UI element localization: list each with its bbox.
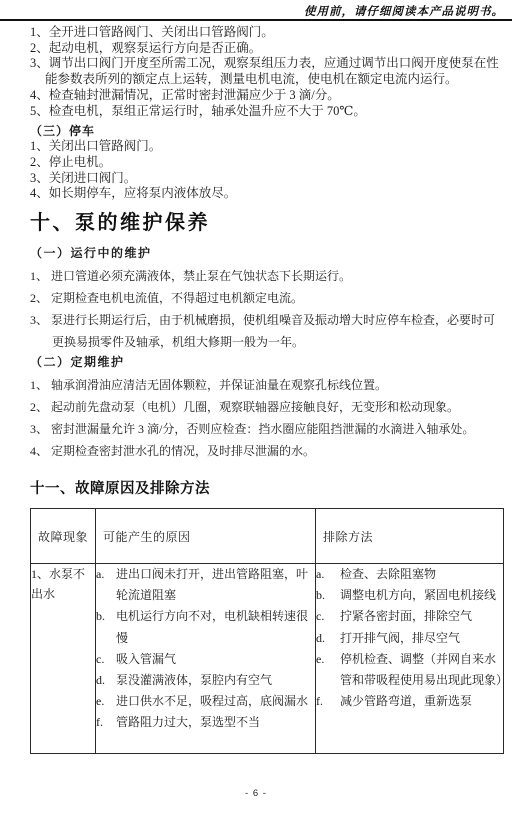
- remedy-item: c. 拧紧各密封面，排除空气: [316, 606, 503, 627]
- list-item: 3、调节出口阀门开度至所需工况，观察泵组压力表，应通过调节出口阀开度使泵在性能参…: [30, 56, 502, 87]
- running-maintenance-title: （一）运行中的维护: [30, 246, 502, 261]
- item-label: e.: [96, 691, 116, 712]
- list-item: 2、 定期检查电机电流值，不得超过电机额定电流。: [30, 287, 502, 309]
- phenomenon-cell: 1、水泵不出水: [31, 564, 96, 754]
- startup-steps-list: 1、全开进口管路阀门、关闭出口管路阀门。 2、起动电机，观察泵运行方向是否正确。…: [30, 25, 502, 119]
- cause-cell: a. 进出口阀未打开，进出管路阻塞，叶轮流道阻塞 b. 电机运行方向不对，电机缺…: [96, 564, 316, 754]
- remedy-item: a. 检查、去除阻塞物: [316, 564, 503, 585]
- list-item: 3、 泵进行长期运行后，由于机械磨损，使机组噪音及振动增大时应停车检查，必要时可…: [30, 309, 502, 353]
- table-header-row: 故障现象 可能产生的原因 排除方法: [31, 509, 504, 564]
- remedy-cell: a. 检查、去除阻塞物 b. 调整电机方向，紧固电机接线 c. 拧紧各密封面，排…: [316, 564, 504, 754]
- cause-item: d. 泵没灌满液体，泵腔内有空气: [96, 670, 315, 691]
- item-label: f.: [316, 691, 340, 712]
- item-label: a.: [316, 564, 340, 585]
- section-11-title: 十一、故障原因及排除方法: [30, 480, 502, 499]
- item-text: 泵没灌满液体，泵腔内有空气: [116, 670, 315, 691]
- item-text: 进口供水不足，吸程过高，底阀漏水: [116, 691, 315, 712]
- item-label: b.: [316, 585, 340, 606]
- item-text: 调整电机方向，紧固电机接线: [340, 585, 503, 606]
- item-label: c.: [316, 606, 340, 627]
- list-item: 1、关闭出口管路阀门。: [30, 139, 502, 155]
- list-item: 3、关闭进口阀门。: [30, 171, 502, 187]
- item-text: 进出口阀未打开，进出管路阻塞，叶轮流道阻塞: [116, 564, 315, 606]
- cause-item: f. 管路阻力过大，泵选型不当: [96, 712, 315, 733]
- remedy-item: e. 停机检查、调整（并网自来水管和带吸程使用易出现此现象）: [316, 649, 503, 691]
- item-label: d.: [316, 628, 340, 649]
- manual-page: 使用前，请仔细阅读本产品说明书。 1、全开进口管路阀门、关闭出口管路阀门。 2、…: [0, 0, 512, 823]
- table-row: 1、水泵不出水 a. 进出口阀未打开，进出管路阻塞，叶轮流道阻塞 b. 电机运行…: [31, 564, 504, 754]
- stop-section-title: （三）停车: [30, 123, 502, 139]
- item-text: 打开排气阀，排尽空气: [340, 628, 503, 649]
- running-maintenance-list: 1、 进口管道必须充满液体，禁止泵在气蚀状态下长期运行。 2、 定期检查电机电流…: [30, 265, 502, 353]
- column-header-remedy: 排除方法: [316, 509, 504, 564]
- page-content: 1、全开进口管路阀门、关闭出口管路阀门。 2、起动电机，观察泵运行方向是否正确。…: [30, 25, 502, 754]
- item-text: 拧紧各密封面，排除空气: [340, 606, 503, 627]
- cause-item: a. 进出口阀未打开，进出管路阻塞，叶轮流道阻塞: [96, 564, 315, 606]
- item-label: a.: [96, 564, 116, 606]
- list-item: 5、检查电机，泵组正常运行时，轴承处温升应不大于 70℃。: [30, 104, 502, 120]
- fault-table: 故障现象 可能产生的原因 排除方法 1、水泵不出水 a. 进出口阀未打开，进出管…: [30, 508, 504, 754]
- item-text: 检查、去除阻塞物: [340, 564, 503, 585]
- list-item: 3、 密封泄漏量允许 3 滴/分，否则应检查：挡水圈应能阻挡泄漏的水滴进入轴承处…: [30, 418, 502, 440]
- page-number: - 6 -: [0, 788, 512, 799]
- list-item: 2、 起动前先盘动泵（电机）几圈，观察联轴器应接触良好，无变形和松动现象。: [30, 396, 502, 418]
- list-item: 1、全开进口管路阀门、关闭出口管路阀门。: [30, 25, 502, 41]
- item-text: 电机运行方向不对，电机缺相转速很慢: [116, 606, 315, 648]
- item-label: e.: [316, 649, 340, 691]
- cause-item: c. 吸入管漏气: [96, 649, 315, 670]
- remedy-item: f. 减少管路弯道，重新选泵: [316, 691, 503, 712]
- item-label: f.: [96, 712, 116, 733]
- list-item: 4、如长期停车，应将泵内液体放尽。: [30, 186, 502, 202]
- header-note: 使用前，请仔细阅读本产品说明书。: [304, 3, 504, 19]
- cause-item: b. 电机运行方向不对，电机缺相转速很慢: [96, 606, 315, 648]
- periodic-maintenance-list: 1、 轴承润滑油应清洁无固体颗粒，并保证油量在观察孔标线位置。 2、 起动前先盘…: [30, 374, 502, 462]
- list-item: 1、 轴承润滑油应清洁无固体颗粒，并保证油量在观察孔标线位置。: [30, 374, 502, 396]
- remedy-item: d. 打开排气阀，排尽空气: [316, 628, 503, 649]
- item-label: d.: [96, 670, 116, 691]
- list-item: 1、 进口管道必须充满液体，禁止泵在气蚀状态下长期运行。: [30, 265, 502, 287]
- periodic-maintenance-title: （二）定期维护: [30, 355, 502, 370]
- remedy-item: b. 调整电机方向，紧固电机接线: [316, 585, 503, 606]
- column-header-cause: 可能产生的原因: [96, 509, 316, 564]
- stop-steps-list: 1、关闭出口管路阀门。 2、停止电机。 3、关闭进口阀门。 4、如长期停车，应将…: [30, 139, 502, 202]
- list-item: 4、 定期检查密封泄水孔的情况，及时排尽泄漏的水。: [30, 440, 502, 462]
- item-text: 停机检查、调整（并网自来水管和带吸程使用易出现此现象）: [340, 649, 503, 691]
- item-label: b.: [96, 606, 116, 648]
- column-header-phenomenon: 故障现象: [31, 509, 96, 564]
- section-10-title: 十、泵的维护保养: [30, 211, 502, 235]
- item-text: 吸入管漏气: [116, 649, 315, 670]
- cause-item: e. 进口供水不足，吸程过高，底阀漏水: [96, 691, 315, 712]
- list-item: 2、停止电机。: [30, 155, 502, 171]
- item-text: 减少管路弯道，重新选泵: [340, 691, 503, 712]
- item-text: 管路阻力过大，泵选型不当: [116, 712, 315, 733]
- item-label: c.: [96, 649, 116, 670]
- list-item: 4、检查轴封泄漏情况，正常时密封泄漏应少于 3 滴/分。: [30, 88, 502, 104]
- list-item: 2、起动电机，观察泵运行方向是否正确。: [30, 41, 502, 57]
- header-divider: [0, 19, 512, 21]
